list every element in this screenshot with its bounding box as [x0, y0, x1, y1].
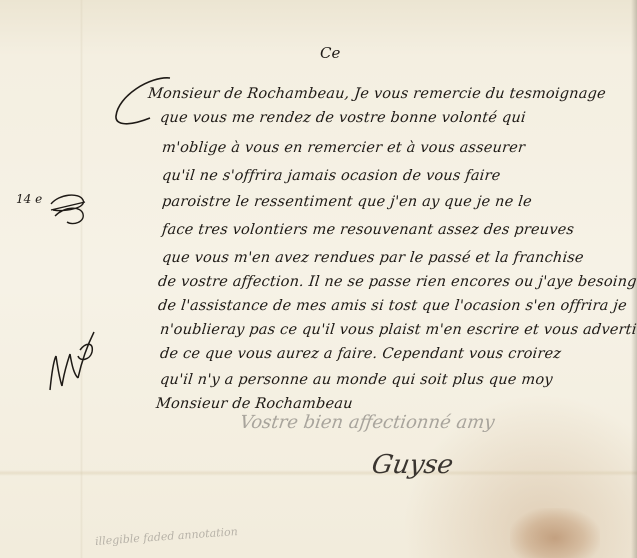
letter-page: Ce Monsieur de Rochambeau, Je vous remer…	[0, 0, 637, 558]
letter-line: que vous me rendez de vostre bonne volon…	[159, 110, 526, 126]
letter-line: m'oblige à vous en remercier et à vous a…	[161, 140, 526, 156]
letter-line: paroistre le ressentiment que j'en ay qu…	[161, 194, 533, 210]
letter-line: de l'assistance de mes amis si tost que …	[157, 298, 628, 314]
signature: Guyse	[369, 450, 455, 480]
letter-line: face tres volontiers me resouvenant asse…	[161, 222, 575, 238]
letter-line: Monsieur de Rochambeau	[155, 396, 353, 412]
letter-line: que vous m'en avez rendues par le passé …	[161, 250, 584, 266]
closing-line: Vostre bien affectionné amy	[239, 412, 496, 433]
margin-initials-icon	[40, 320, 100, 400]
paper-fold-horizontal	[0, 470, 637, 476]
faded-annotation: illegible faded annotation	[95, 525, 238, 548]
margin-date-note: 14 e	[16, 192, 42, 206]
letter-line: n'oublieray pas ce qu'il vous plaist m'e…	[159, 322, 637, 338]
paraph-flourish-icon	[45, 190, 95, 230]
letter-line: de vostre affection. Il ne se passe rien…	[157, 274, 637, 290]
paper-fold-vertical	[80, 0, 83, 558]
letter-line: de ce que vous aurez a faire. Cependant …	[159, 346, 562, 362]
letter-line: qu'il n'y a personne au monde qui soit p…	[159, 372, 553, 388]
paper-stain	[510, 508, 600, 558]
letter-line: qu'il ne s'offrira jamais ocasion de vou…	[161, 168, 501, 184]
letter-line: Monsieur de Rochambeau, Je vous remercie…	[147, 86, 607, 102]
letter-heading: Ce	[320, 44, 340, 62]
